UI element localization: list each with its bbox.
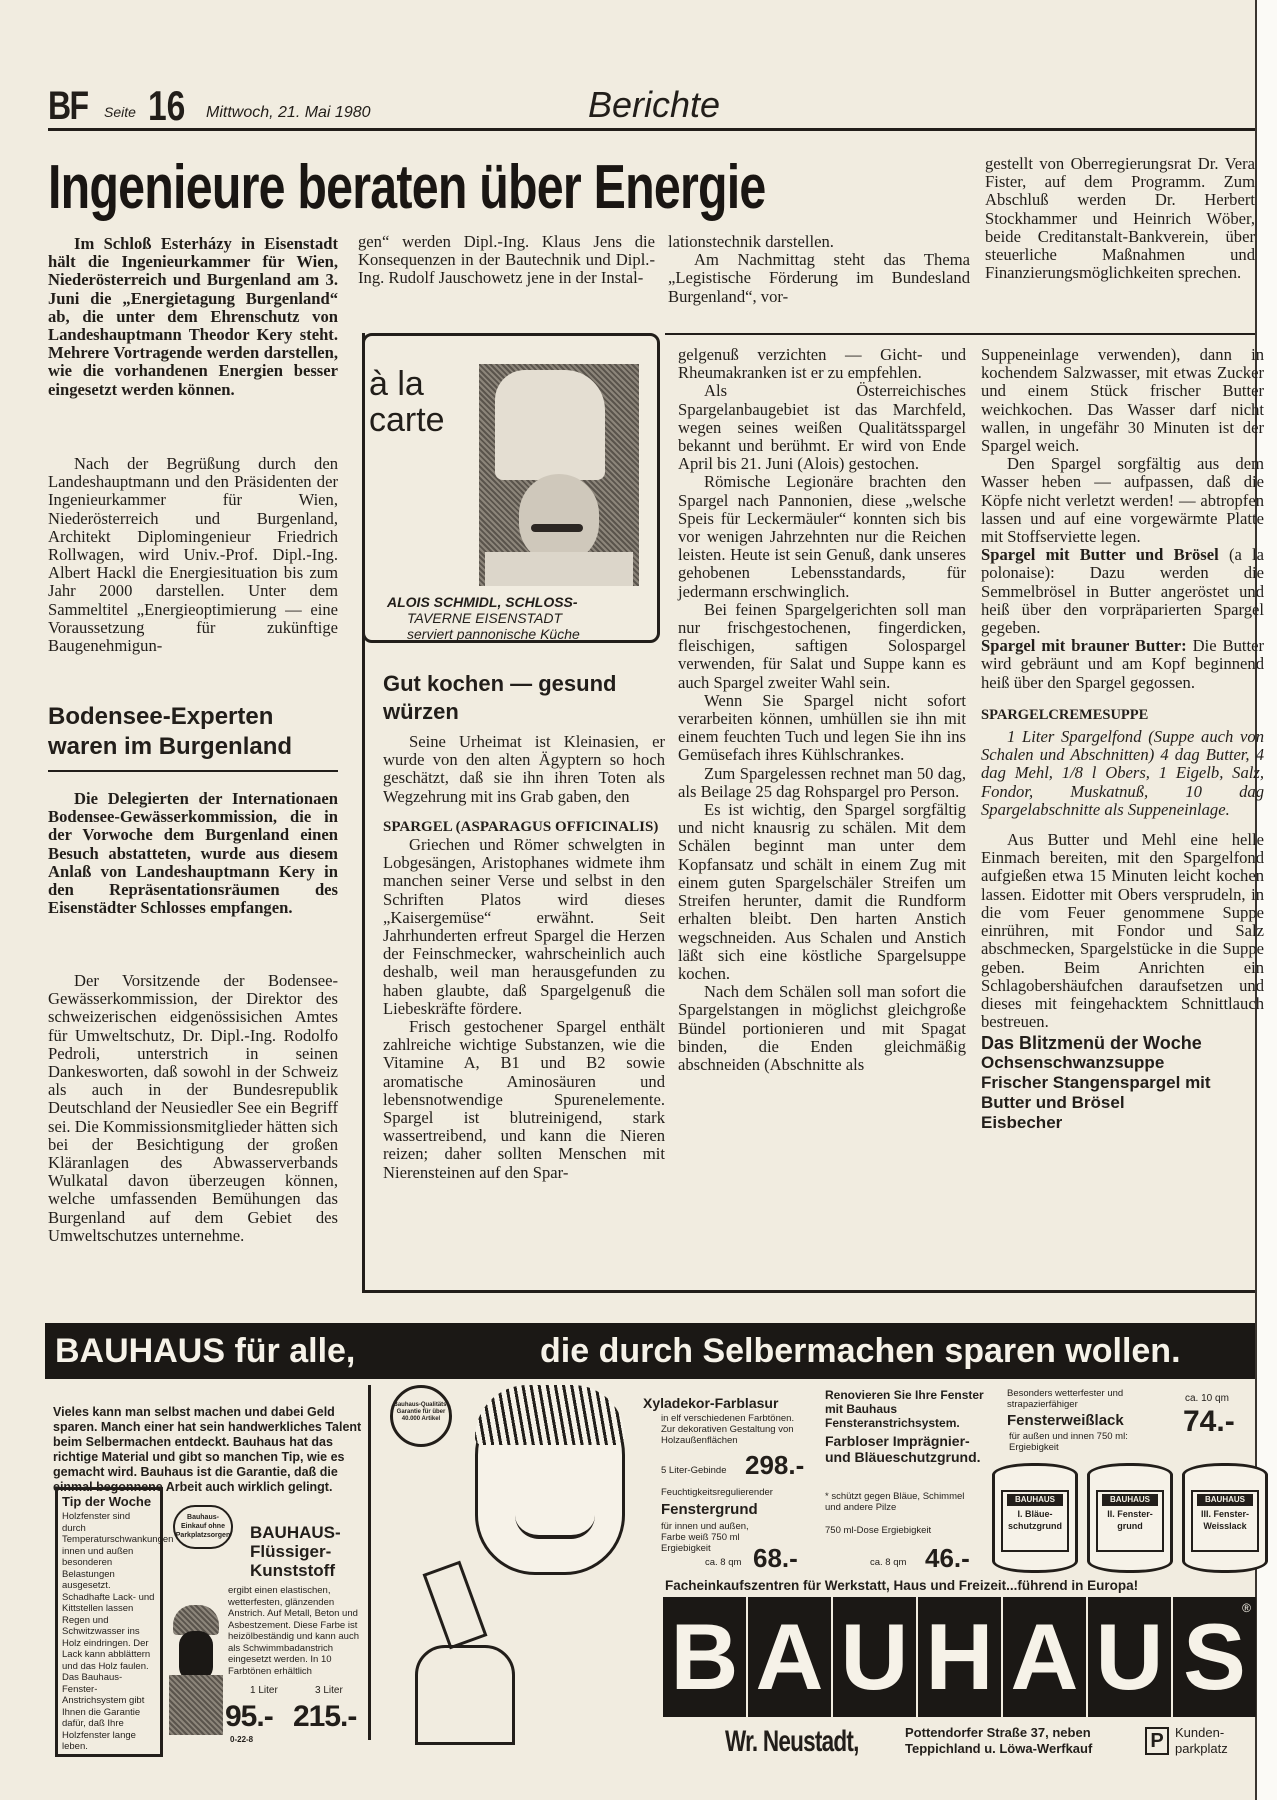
chef-face — [519, 474, 599, 564]
product3-name: Fenstergrund — [661, 1501, 758, 1518]
paper-logo: BF — [48, 84, 87, 129]
paint-can-2: BAUHAUSII. Fenster-grund — [1087, 1463, 1173, 1573]
page-number: 16 — [148, 82, 185, 130]
ad-intro: Vieles kann man selbst machen und dabei … — [53, 1405, 368, 1495]
alacarte-box: à la carte ALOIS SCHMIDL, SCHLOSS- TAVER… — [362, 333, 660, 643]
page-label: Seite — [104, 104, 136, 120]
chef-photo — [479, 364, 639, 586]
product5-name: Fensterweißlack — [1007, 1412, 1124, 1429]
ad-tagline: Facheinkaufszentren für Werkstatt, Haus … — [665, 1578, 1255, 1593]
chef-jacket — [485, 552, 633, 586]
product4-price: 46.- — [925, 1543, 970, 1574]
article2-lead: Die Delegierten der Internationaen Boden… — [48, 790, 338, 917]
feature-col1: Seine Urheimat ist Kleinasien, er wurde … — [383, 733, 665, 1182]
chef-hat — [495, 370, 605, 480]
product5-price: 74.- — [1183, 1405, 1235, 1439]
feature-subhead: SPARGEL (ASPARAGUS OFFICINALIS) — [383, 818, 665, 836]
paint-can-3: BAUHAUSIII. Fenster-Weisslack — [1182, 1463, 1268, 1573]
product1-price2: 215.- — [293, 1700, 356, 1734]
parking-icon: P — [1145, 1727, 1169, 1755]
feature-col2: gelgenuß verzichten — Gicht- und Rheumak… — [678, 346, 966, 1074]
product1-price1: 95.- — [225, 1700, 273, 1734]
issue-date: Mittwoch, 21. Mai 1980 — [206, 104, 371, 122]
feature-top-border — [665, 333, 1255, 335]
cloud-badge: Bauhaus-Einkauf ohne Parkplatzsorgen — [173, 1505, 233, 1549]
product4-name: Farbloser Imprägnier- und Bläueschutzgru… — [825, 1433, 985, 1465]
soup-title: SPARGELCREMESUPPE — [981, 706, 1264, 724]
ad-code: 0-22-8 — [230, 1735, 253, 1744]
photo-caption: ALOIS SCHMIDL, SCHLOSS- TAVERNE EISENSTA… — [387, 594, 657, 642]
tip-of-week-box: Tip der Woche Holzfenster sind durch Tem… — [55, 1487, 163, 1757]
article2-headline: Bodensee-Experten waren im Burgenland — [48, 702, 338, 762]
bauhaus-logo: B A U H A U S ® — [663, 1597, 1255, 1717]
masthead-rule — [48, 128, 1255, 131]
article1-col4: gestellt von Oberregierungsrat Dr. Vera … — [985, 155, 1255, 282]
store-city: Wr. Neustadt, — [725, 1725, 859, 1759]
article2-rule — [48, 770, 338, 772]
blitzmenu: Das Blitzmenü der Woche Ochsenschwanzsup… — [981, 1033, 1264, 1133]
section-title: Berichte — [588, 84, 720, 126]
article2-body: Der Vorsitzende der Bodensee-Gewässerkom… — [48, 972, 338, 1245]
alacarte-logo: à la carte — [369, 366, 445, 438]
paint-can-1: BAUHAUSI. Bläue-schutzgrund — [992, 1463, 1078, 1573]
product3-price: 68.- — [753, 1543, 798, 1574]
feature-bottom-border — [362, 1290, 1255, 1293]
article1-col2: gen“ werden Dipl.-Ing. Klaus Jens die Ko… — [358, 233, 655, 288]
bauhaus-advertisement: BAUHAUS für alle, die durch Selbermachen… — [45, 1315, 1255, 1800]
feature-col3: Suppeneinlage verwenden), dann in kochen… — [981, 346, 1264, 1133]
product2-price: 298.- — [745, 1450, 804, 1481]
article1-col3: lationstechnik darstellen. Am Nachmittag… — [668, 233, 970, 306]
store-address: Pottendorfer Straße 37, neben Teppichlan… — [905, 1725, 1092, 1757]
article-headline: Ingenieure beraten über Energie — [48, 152, 766, 223]
parking-text: Kunden-parkplatz — [1175, 1725, 1245, 1757]
chef-moustache — [531, 524, 583, 532]
article1-lead: Im Schloß Esterházy in Eisenstadt hält d… — [48, 235, 338, 399]
feature-headline: Gut kochen — gesund würzen — [383, 670, 643, 726]
masthead: BF Seite 16 Mittwoch, 21. Mai 1980 Beric… — [48, 84, 1277, 134]
product1-name: BAUHAUS-Flüssiger-Kunststoff — [250, 1523, 360, 1580]
child-illustration — [165, 1605, 227, 1735]
man-painting-illustration — [415, 1385, 685, 1745]
article1-body: Nach der Begrüßung durch den Landeshaupt… — [48, 455, 338, 655]
product1-desc: ergibt einen elastischen, wetterfesten, … — [228, 1585, 368, 1677]
ad-banner: BAUHAUS für alle, die durch Selbermachen… — [45, 1323, 1255, 1379]
product2-name: Xyladekor-Farblasur — [643, 1395, 778, 1411]
